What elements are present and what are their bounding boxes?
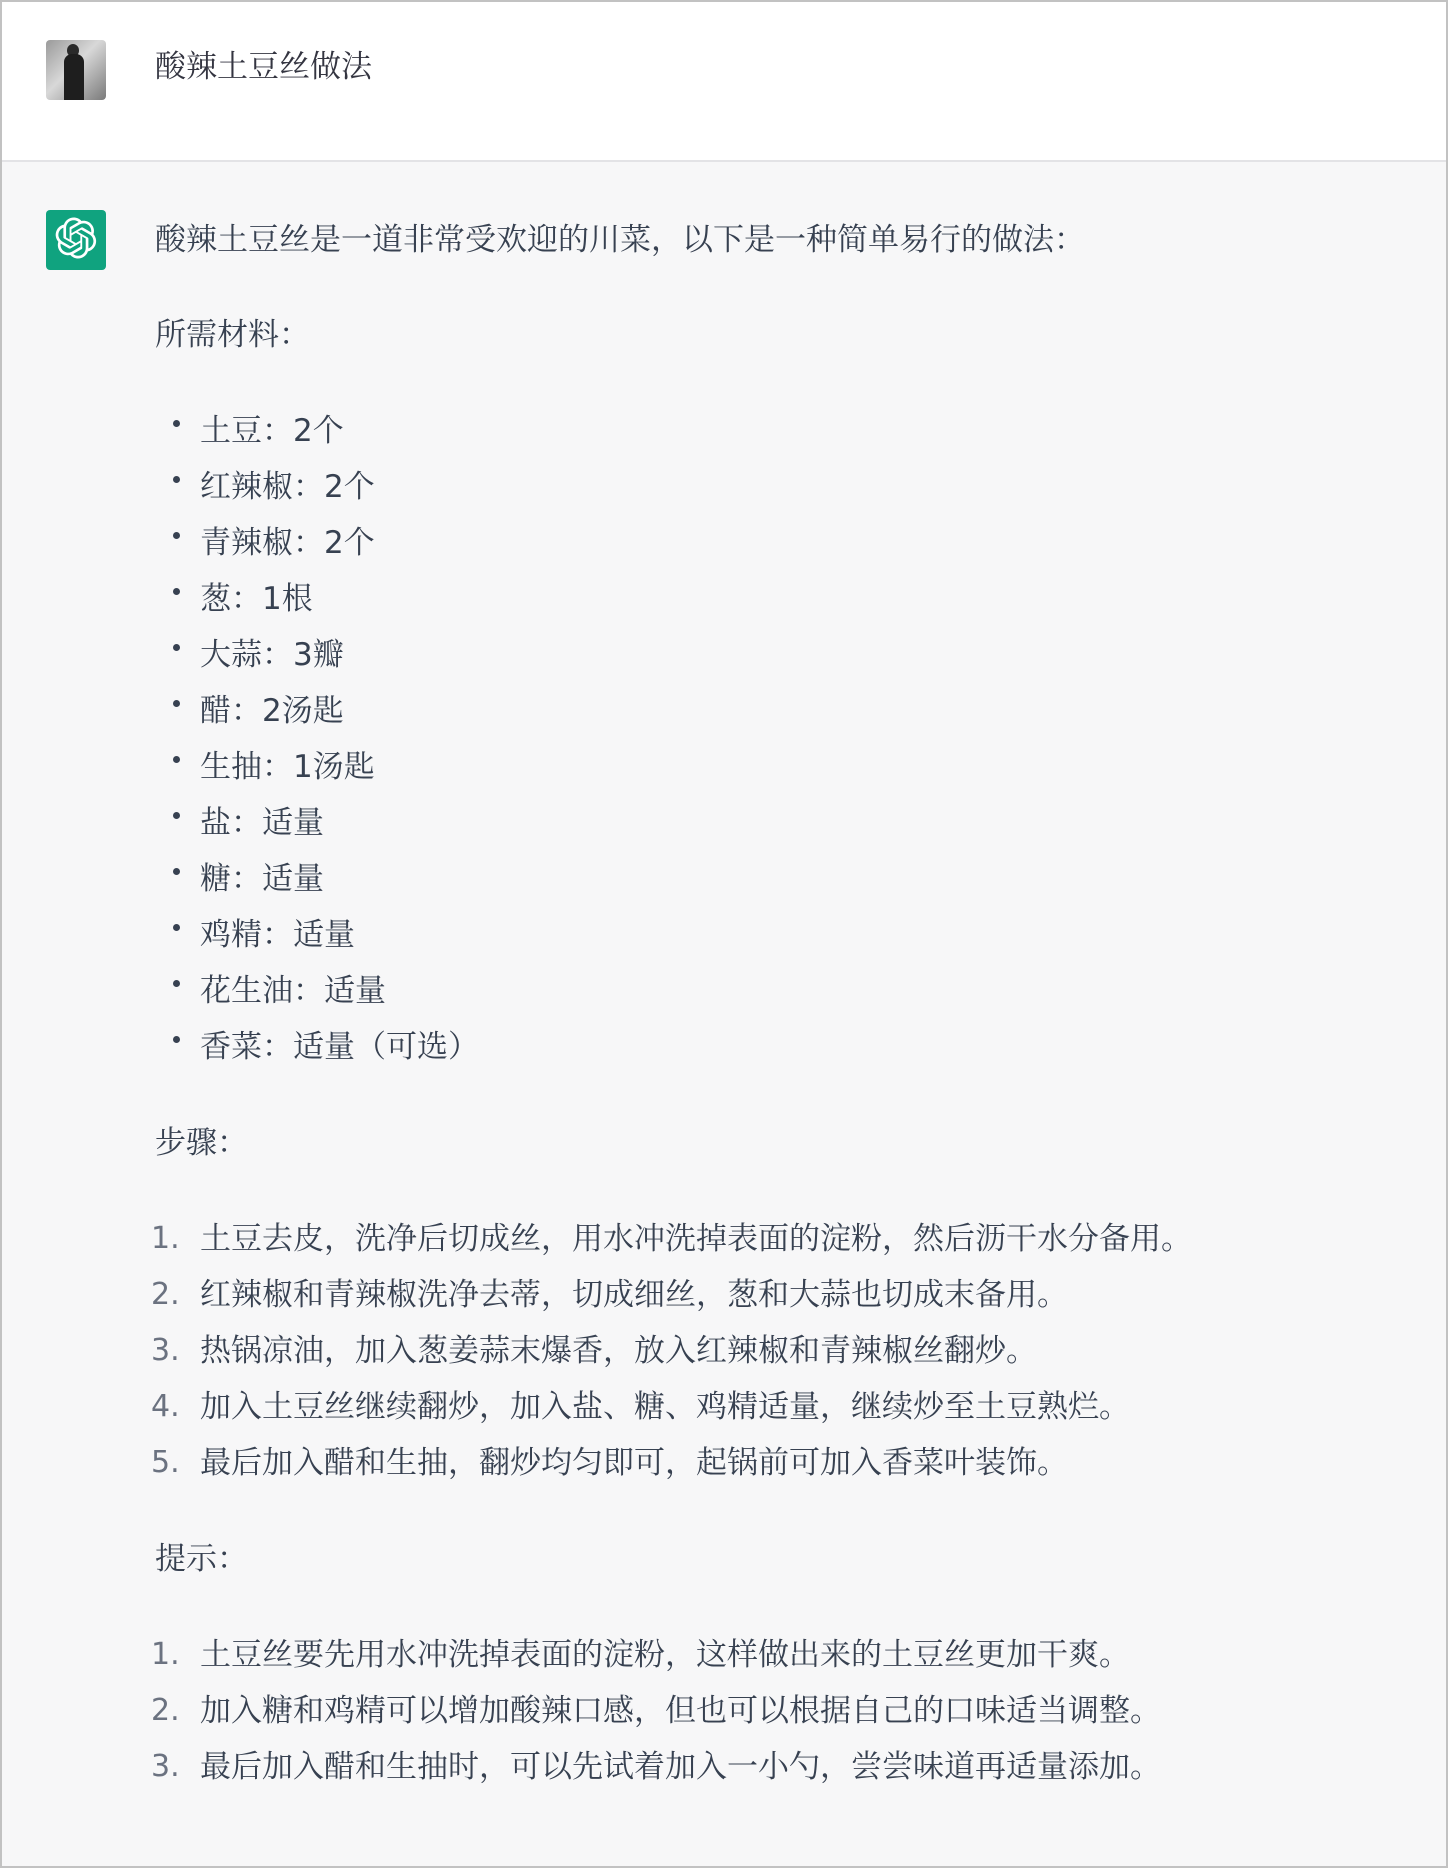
- user-message: 酸辣土豆丝做法: [2, 2, 1446, 162]
- user-message-text: 酸辣土豆丝做法: [155, 46, 372, 88]
- bullet-icon: [173, 420, 180, 427]
- bullet-icon: [173, 812, 180, 819]
- bullet-icon: [173, 476, 180, 483]
- avatar-figure-shape: [64, 54, 84, 100]
- bullet-icon: [173, 588, 180, 595]
- bullet-icon: [173, 700, 180, 707]
- bullet-icon: [173, 868, 180, 875]
- bullet-icon: [173, 532, 180, 539]
- ingredients-heading: 所需材料：: [155, 314, 310, 356]
- bullet-icon: [173, 980, 180, 987]
- tips-heading: 提示：: [155, 1538, 248, 1580]
- bullet-icon: [173, 1036, 180, 1043]
- steps-heading: 步骤：: [155, 1122, 248, 1164]
- chat-window: 酸辣土豆丝做法 酸辣土豆丝是一道非常受欢迎的川菜，以下是一种简单易行的做法： 所…: [0, 0, 1448, 1868]
- bullet-icon: [173, 756, 180, 763]
- intro-text: 酸辣土豆丝是一道非常受欢迎的川菜，以下是一种简单易行的做法：: [155, 219, 1085, 261]
- openai-logo-icon: [55, 217, 97, 263]
- assistant-avatar: [46, 210, 106, 270]
- bullet-icon: [173, 924, 180, 931]
- bullet-icon: [173, 644, 180, 651]
- user-avatar: [46, 40, 106, 100]
